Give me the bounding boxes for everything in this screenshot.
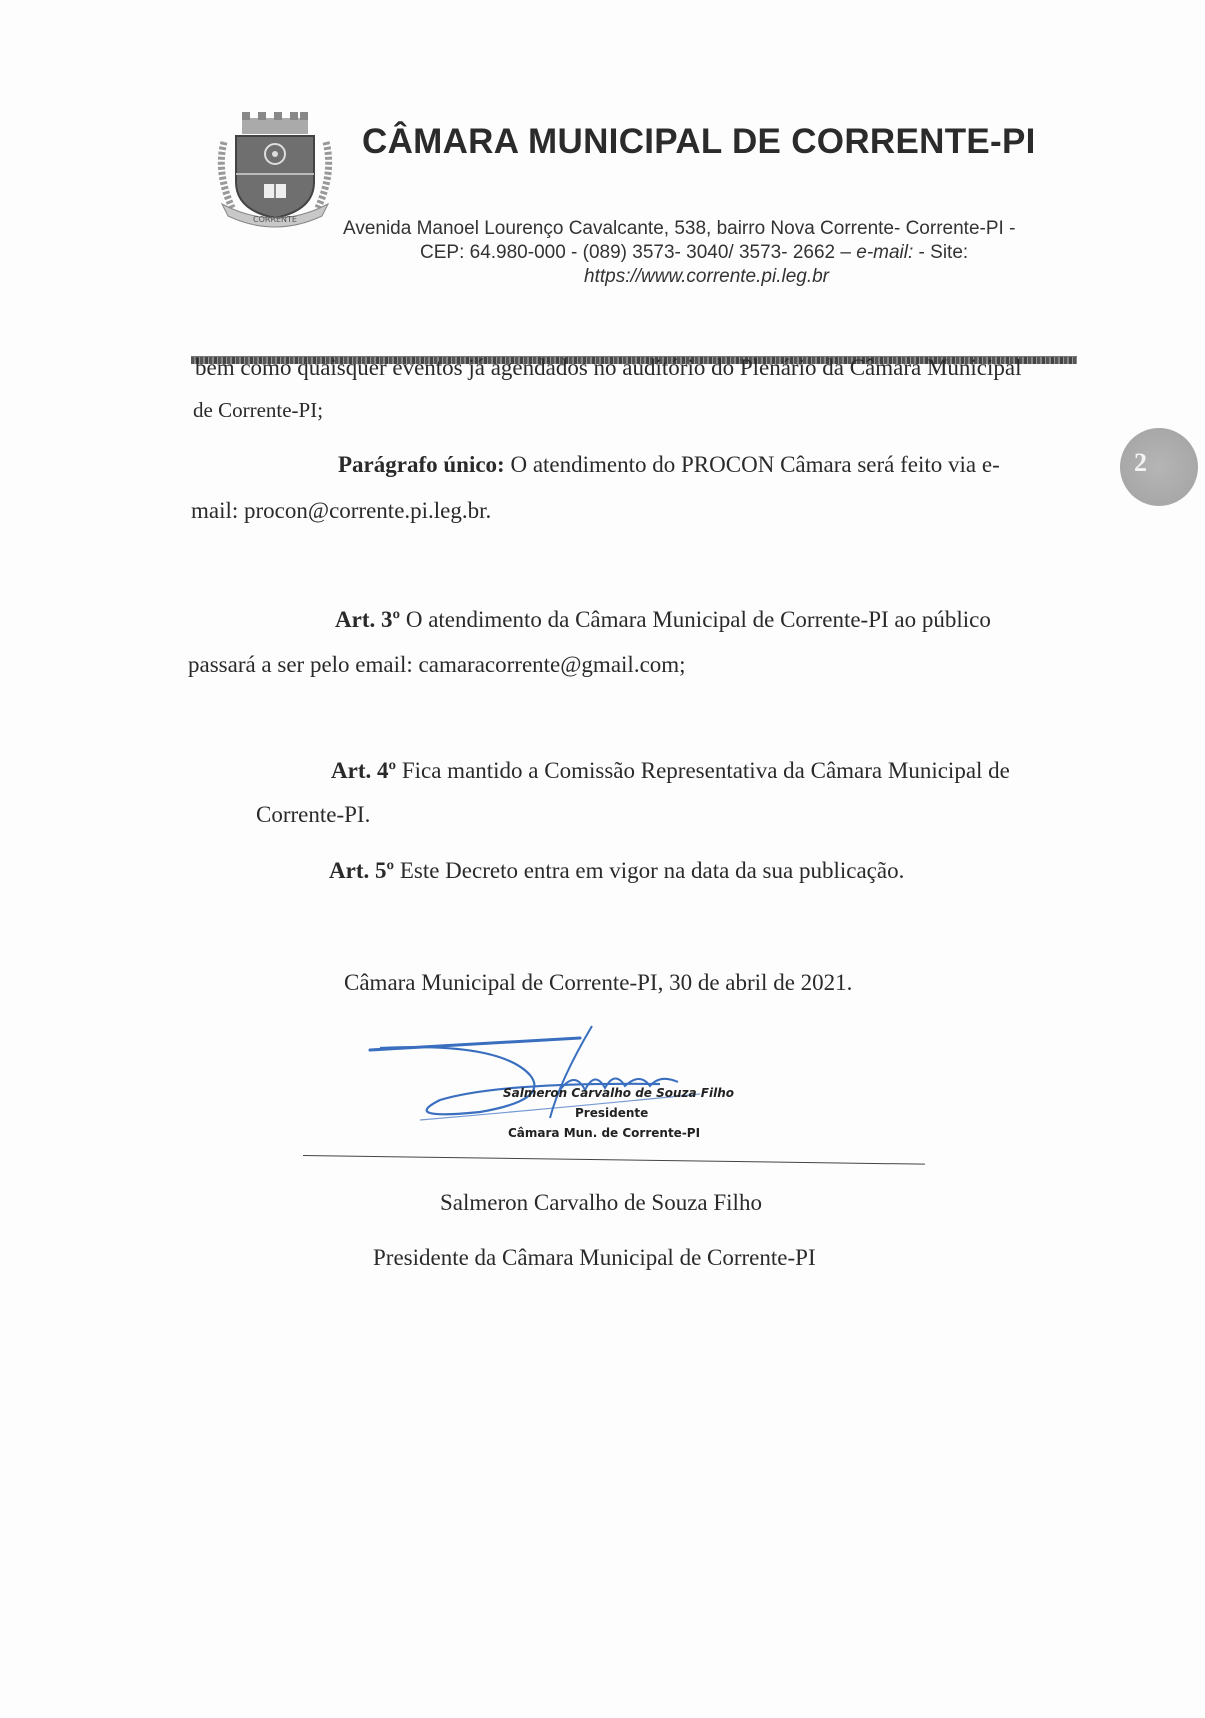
website-url: https://www.corrente.pi.leg.br bbox=[584, 266, 829, 288]
stamp-name: Salmeron Carvalho de Souza Filho bbox=[503, 1086, 734, 1100]
coat-of-arms-icon: CORRENTE bbox=[212, 112, 338, 228]
continuation-line-1: bem como quaisquer eventos já agendados … bbox=[195, 355, 1022, 381]
date-line: Câmara Municipal de Corrente-PI, 30 de a… bbox=[344, 970, 852, 996]
continuation-line-2: de Corrente-PI; bbox=[193, 398, 323, 423]
art-3-text: O atendimento da Câmara Municipal de Cor… bbox=[400, 607, 991, 632]
signature-line bbox=[303, 1155, 925, 1165]
art-3-email: passará a ser pelo email: camaracorrente… bbox=[188, 652, 686, 678]
contact-phones: CEP: 64.980-000 - (089) 3573- 3040/ 3573… bbox=[420, 242, 856, 263]
stamp-org: Câmara Mun. de Corrente-PI bbox=[508, 1126, 700, 1140]
page-number-badge: 2 bbox=[1120, 428, 1198, 506]
paragrafo-label: Parágrafo único: bbox=[338, 452, 505, 477]
address-line-1: Avenida Manoel Lourenço Cavalcante, 538,… bbox=[343, 218, 1015, 240]
art-3-label: Art. 3º bbox=[335, 607, 400, 632]
page-title: CÂMARA MUNICIPAL DE CORRENTE-PI bbox=[362, 122, 1036, 162]
site-label: - Site: bbox=[913, 242, 968, 263]
crest-label: CORRENTE bbox=[253, 215, 297, 224]
signer-title: Presidente da Câmara Municipal de Corren… bbox=[373, 1245, 816, 1271]
paragrafo-email: mail: procon@corrente.pi.leg.br. bbox=[191, 498, 491, 524]
stamp-role: Presidente bbox=[575, 1106, 648, 1120]
art-4-label: Art. 4º bbox=[331, 758, 396, 783]
document-page: CORRENTE CÂMARA MUNICIPAL DE CORRENTE-PI… bbox=[0, 0, 1205, 1718]
art-3: Art. 3º O atendimento da Câmara Municipa… bbox=[335, 607, 991, 633]
art-5-text: Este Decreto entra em vigor na data da s… bbox=[394, 858, 904, 883]
art-5: Art. 5º Este Decreto entra em vigor na d… bbox=[329, 858, 904, 884]
signer-name: Salmeron Carvalho de Souza Filho bbox=[440, 1190, 762, 1216]
art-4-text: Fica mantido a Comissão Representativa d… bbox=[396, 758, 1010, 783]
paragrafo-text: O atendimento do PROCON Câmara será feit… bbox=[505, 452, 1000, 477]
paragrafo-unico: Parágrafo único: O atendimento do PROCON… bbox=[338, 452, 1000, 478]
address-line-2: CEP: 64.980-000 - (089) 3573- 3040/ 3573… bbox=[420, 242, 968, 264]
handwritten-signature-icon bbox=[360, 1020, 760, 1130]
art-4-continuation: Corrente-PI. bbox=[256, 802, 370, 828]
page-number: 2 bbox=[1134, 448, 1147, 478]
art-5-label: Art. 5º bbox=[329, 858, 394, 883]
art-4: Art. 4º Fica mantido a Comissão Represen… bbox=[331, 758, 1010, 784]
email-label: e-mail: bbox=[856, 242, 913, 263]
